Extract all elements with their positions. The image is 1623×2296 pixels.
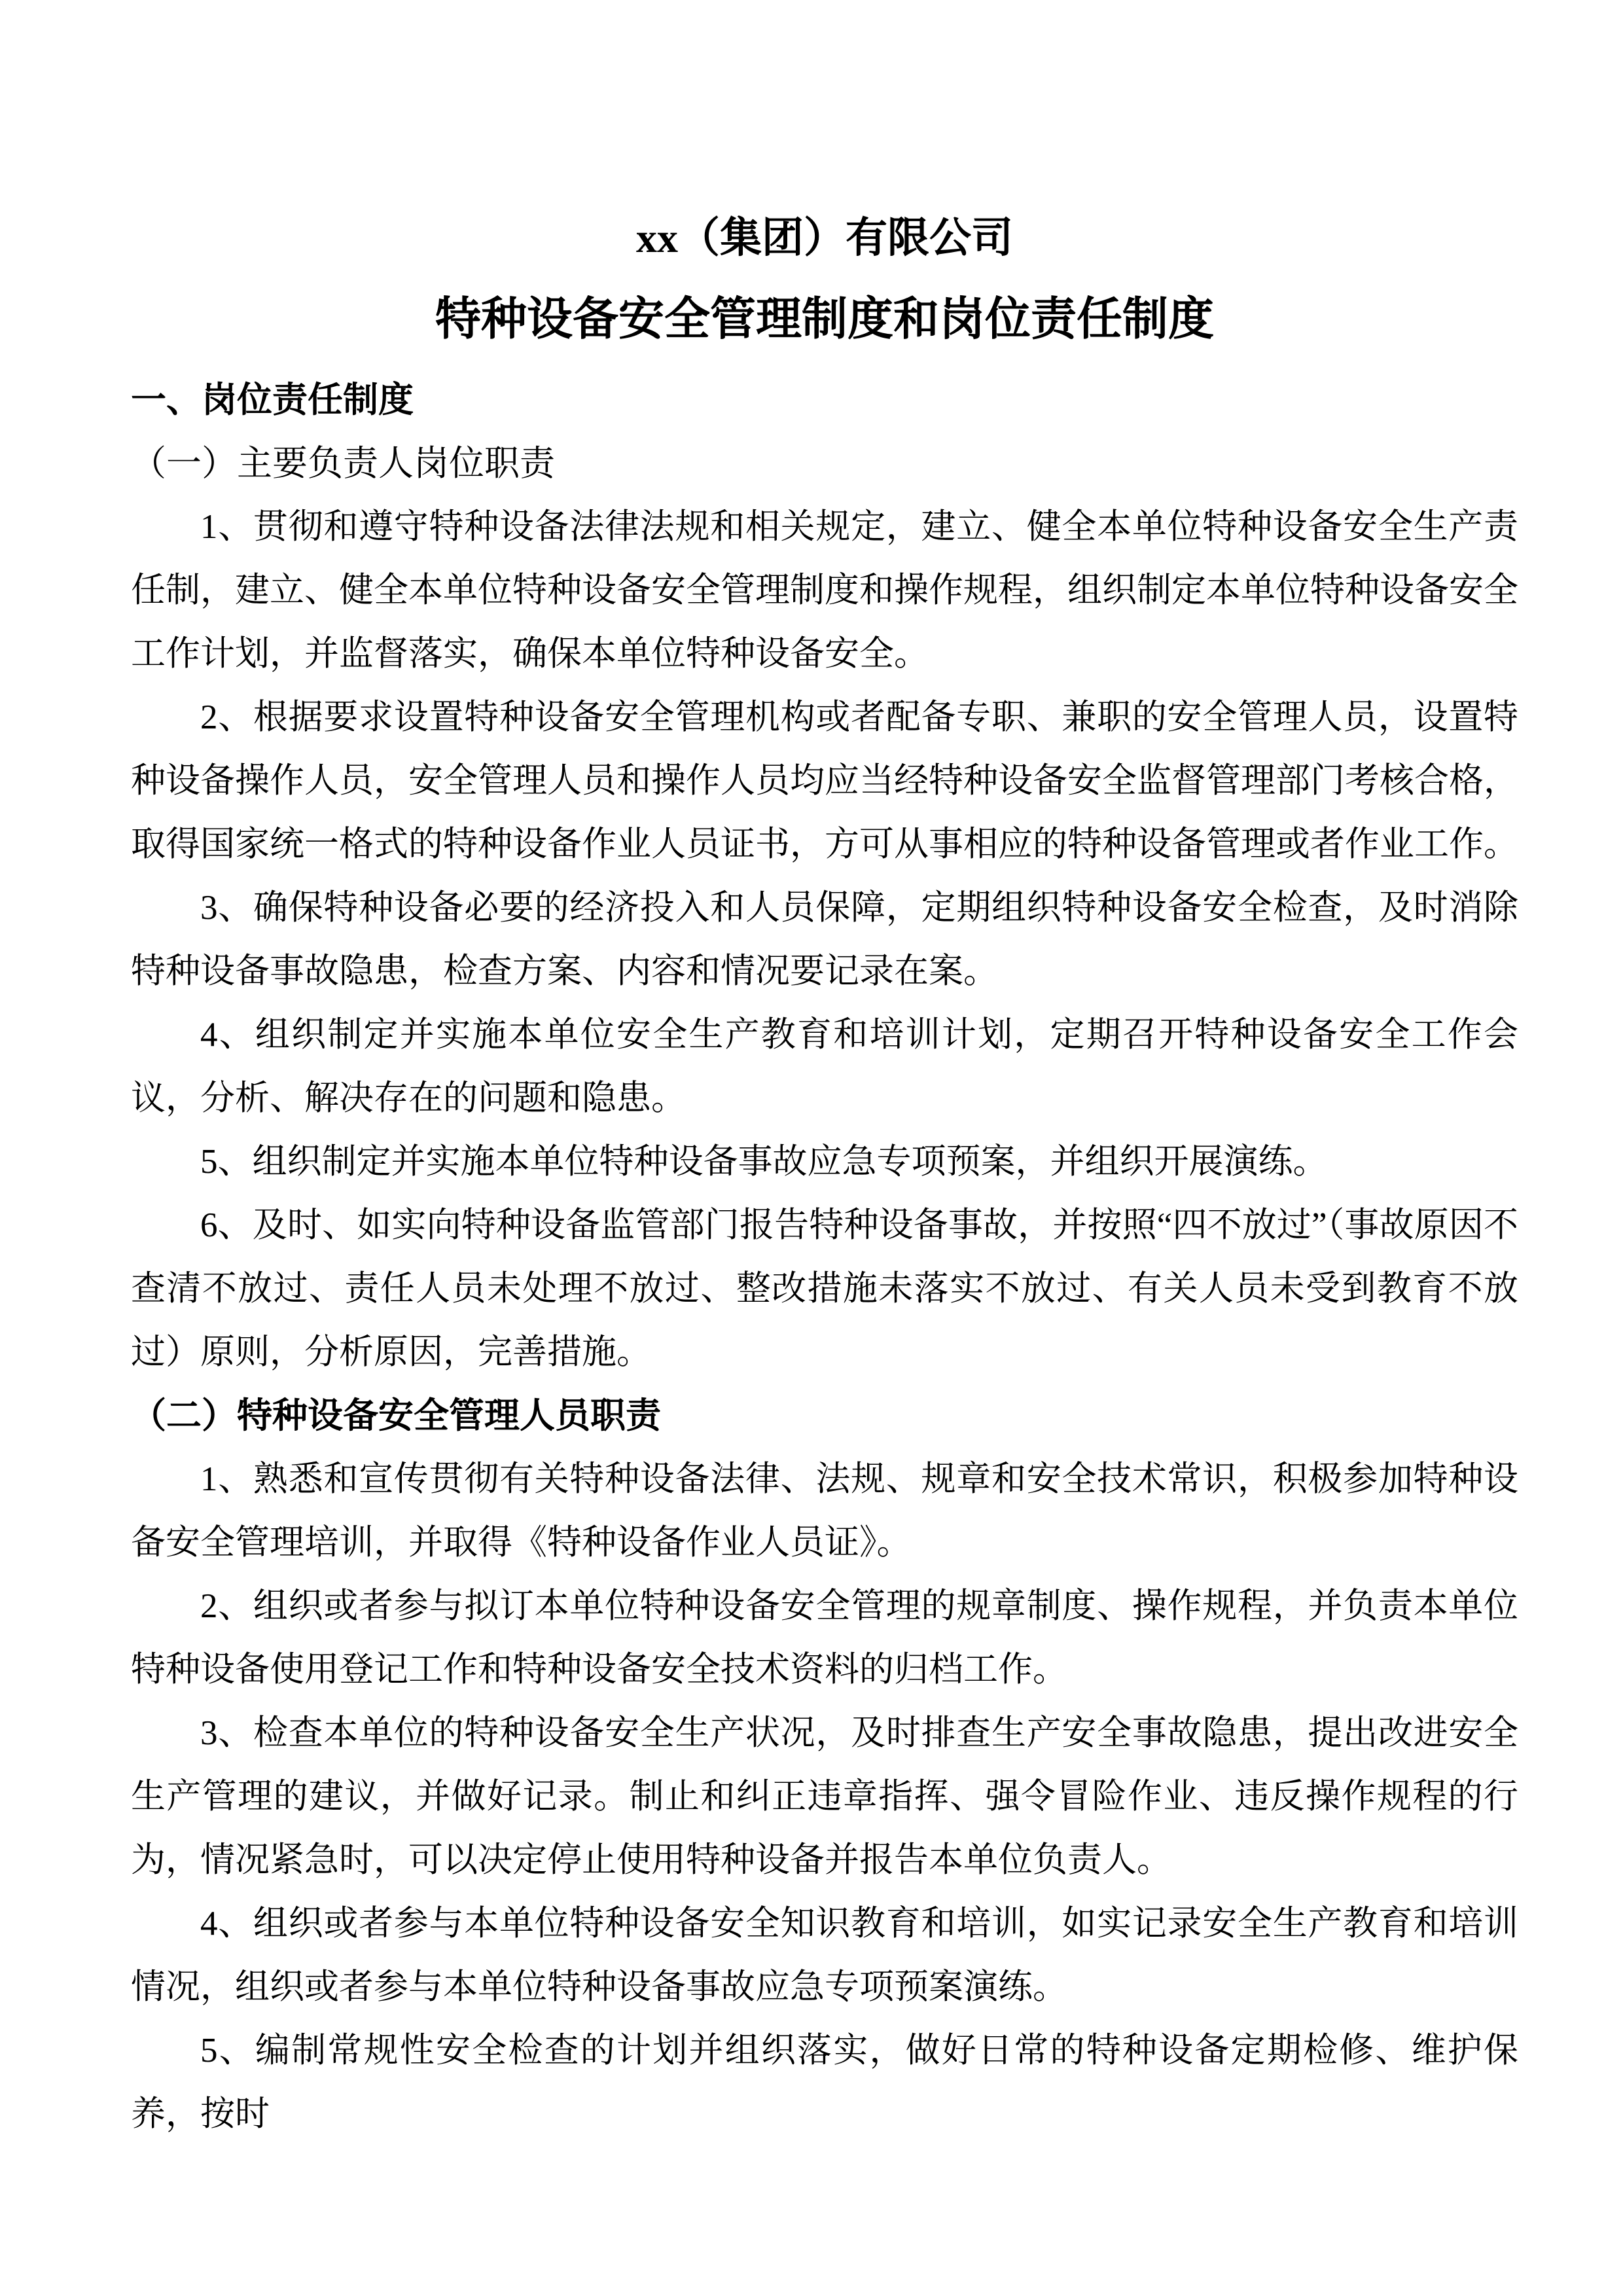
- paragraph-1-1-3: 3、确保特种设备必要的经济投入和人员保障，定期组织特种设备安全检查，及时消除特种…: [131, 876, 1518, 1003]
- paragraph-1-1-5: 5、组织制定并实施本单位特种设备事故应急专项预案，并组织开展演练。: [131, 1130, 1518, 1194]
- subsection-heading-1-1: （一）主要负责人岗位职责: [131, 432, 1518, 495]
- paragraph-1-1-6: 6、及时、如实向特种设备监管部门报告特种设备事故，并按照“四不放过”（事故原因不…: [131, 1194, 1518, 1384]
- paragraph-1-2-2: 2、组织或者参与拟订本单位特种设备安全管理的规章制度、操作规程，并负责本单位特种…: [131, 1575, 1518, 1702]
- paragraph-1-2-3: 3、检查本单位的特种设备安全生产状况，及时排查生产安全事故隐患，提出改进安全生产…: [131, 1702, 1518, 1892]
- company-title: xx（集团）有限公司: [131, 207, 1518, 269]
- document-page: xx（集团）有限公司 特种设备安全管理制度和岗位责任制度 一、岗位责任制度 （一…: [0, 0, 1623, 2296]
- subsection-heading-1-2: （二）特种设备安全管理人员职责: [131, 1384, 1518, 1448]
- paragraph-1-2-1: 1、熟悉和宣传贯彻有关特种设备法律、法规、规章和安全技术常识，积极参加特种设备安…: [131, 1448, 1518, 1575]
- paragraph-1-1-1: 1、贯彻和遵守特种设备法律法规和相关规定，建立、健全本单位特种设备安全生产责任制…: [131, 495, 1518, 686]
- document-title: 特种设备安全管理制度和岗位责任制度: [131, 287, 1518, 353]
- section-heading-1: 一、岗位责任制度: [131, 368, 1518, 432]
- paragraph-1-2-4: 4、组织或者参与本单位特种设备安全知识教育和培训，如实记录安全生产教育和培训情况…: [131, 1892, 1518, 2019]
- paragraph-1-2-5: 5、编制常规性安全检查的计划并组织落实，做好日常的特种设备定期检修、维护保养，按…: [131, 2019, 1518, 2146]
- paragraph-1-1-4: 4、组织制定并实施本单位安全生产教育和培训计划，定期召开特种设备安全工作会议，分…: [131, 1003, 1518, 1130]
- document-content: xx（集团）有限公司 特种设备安全管理制度和岗位责任制度 一、岗位责任制度 （一…: [0, 0, 1623, 2146]
- paragraph-1-1-2: 2、根据要求设置特种设备安全管理机构或者配备专职、兼职的安全管理人员，设置特种设…: [131, 686, 1518, 876]
